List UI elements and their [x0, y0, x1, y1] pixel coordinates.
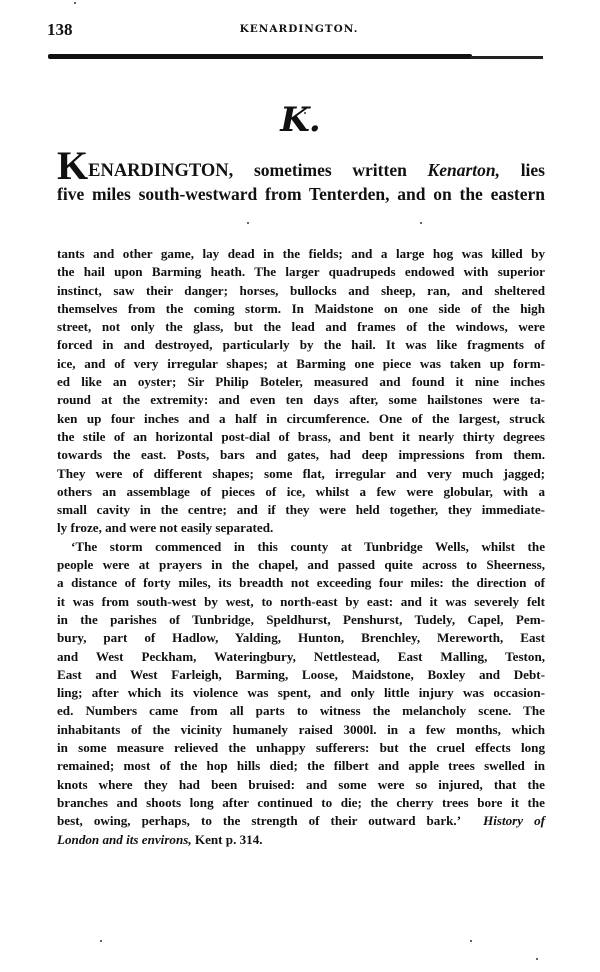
header-rule-tail	[470, 56, 543, 59]
text-line: branches and shoots long after continued…	[57, 794, 545, 812]
text-line: ly froze, and were not easily separated.	[57, 519, 545, 537]
opening-line-2: five miles south-westward from Tenterden…	[57, 180, 545, 208]
running-title: KENARDINGTON.	[47, 23, 551, 35]
text-line: a distance of forty miles, its breadth n…	[57, 574, 545, 592]
opening-line-1: KENARDINGTON, sometimes written Kenarton…	[57, 152, 545, 180]
text-line: ken up four inches and a half in circumf…	[57, 410, 545, 428]
text-line: They were of different shapes; some flat…	[57, 465, 545, 483]
text-line: knots where they had been bruised: and s…	[57, 776, 545, 794]
text-line: round at the extremity: and even ten day…	[57, 391, 545, 409]
text-line: others an assemblage of pieces of ice, w…	[57, 483, 545, 501]
scan-speck	[304, 112, 306, 114]
scan-speck	[74, 2, 76, 4]
text-line-with-citation: best, owing, perhaps, to the strength of…	[57, 812, 545, 830]
text-line: ed. Numbers came from all parts to witne…	[57, 702, 545, 720]
opening-text-end: lies	[500, 160, 545, 180]
book-page: 138 KENARDINGTON. K. KENARDINGTON, somet…	[0, 0, 600, 972]
text-line: it was from south-west by west, to north…	[57, 593, 545, 611]
text-line: remained; most of the hop hills died; th…	[57, 757, 545, 775]
text-line: street, not only the glass, but the lead…	[57, 318, 545, 336]
text-line: in the parishes of Tunbridge, Speldhurst…	[57, 611, 545, 629]
entry-name-caps: ENARDINGTON,	[88, 161, 233, 181]
text-line: ling; after which its violence was spent…	[57, 684, 545, 702]
citation-title-cont: London and its environs,	[57, 832, 192, 847]
alternate-name: Kenarton,	[428, 160, 500, 180]
scan-speck	[470, 940, 472, 942]
citation-reference: Kent p. 314.	[192, 832, 263, 847]
opening-paragraph: KENARDINGTON, sometimes written Kenarton…	[57, 152, 545, 208]
quote-end: best, owing, perhaps, to the strength of…	[57, 813, 461, 828]
text-line: East and West Farleigh, Barming, Loose, …	[57, 666, 545, 684]
scan-speck	[247, 222, 249, 224]
text-line-quote-start: ‘The storm commenced in this county at T…	[57, 538, 545, 556]
body-text: tants and other game, lay dead in the fi…	[57, 245, 545, 849]
citation-line: London and its environs, Kent p. 314.	[57, 831, 545, 849]
running-head: 138 KENARDINGTON.	[47, 20, 551, 42]
text-line: ice, and of very irregular shapes; at Ba…	[57, 355, 545, 373]
text-line: tants and other game, lay dead in the fi…	[57, 245, 545, 263]
section-letter-heading: K.	[0, 100, 600, 140]
text-line: themselves from the coming storm. In Mai…	[57, 300, 545, 318]
scan-speck	[100, 940, 102, 942]
text-line: people were at prayers in the chapel, an…	[57, 556, 545, 574]
text-line: the stile of an horizontal post-dial of …	[57, 428, 545, 446]
text-line: forced in and destroyed, particularly by…	[57, 336, 545, 354]
scan-speck	[420, 222, 422, 224]
text-line: inhabitants of the vicinity humanely rai…	[57, 721, 545, 739]
text-line: towards the east. Posts, bars and gates,…	[57, 446, 545, 464]
text-line: in some measure relieved the unhappy suf…	[57, 739, 545, 757]
text-line: and West Peckham, Wateringbury, Nettlest…	[57, 648, 545, 666]
header-rule	[48, 54, 472, 59]
scan-speck	[536, 958, 538, 960]
opening-text: sometimes written	[233, 160, 427, 180]
text-line: bury, part of Hadlow, Yalding, Hunton, B…	[57, 629, 545, 647]
text-line: small cavity in the centre; and if they …	[57, 501, 545, 519]
citation-title: History of	[483, 813, 545, 828]
text-line: the hail upon Barming heath. The larger …	[57, 263, 545, 281]
text-line: instinct, saw their danger; horses, bull…	[57, 282, 545, 300]
text-line: ed like an oyster; Sir Philip Boteler, m…	[57, 373, 545, 391]
